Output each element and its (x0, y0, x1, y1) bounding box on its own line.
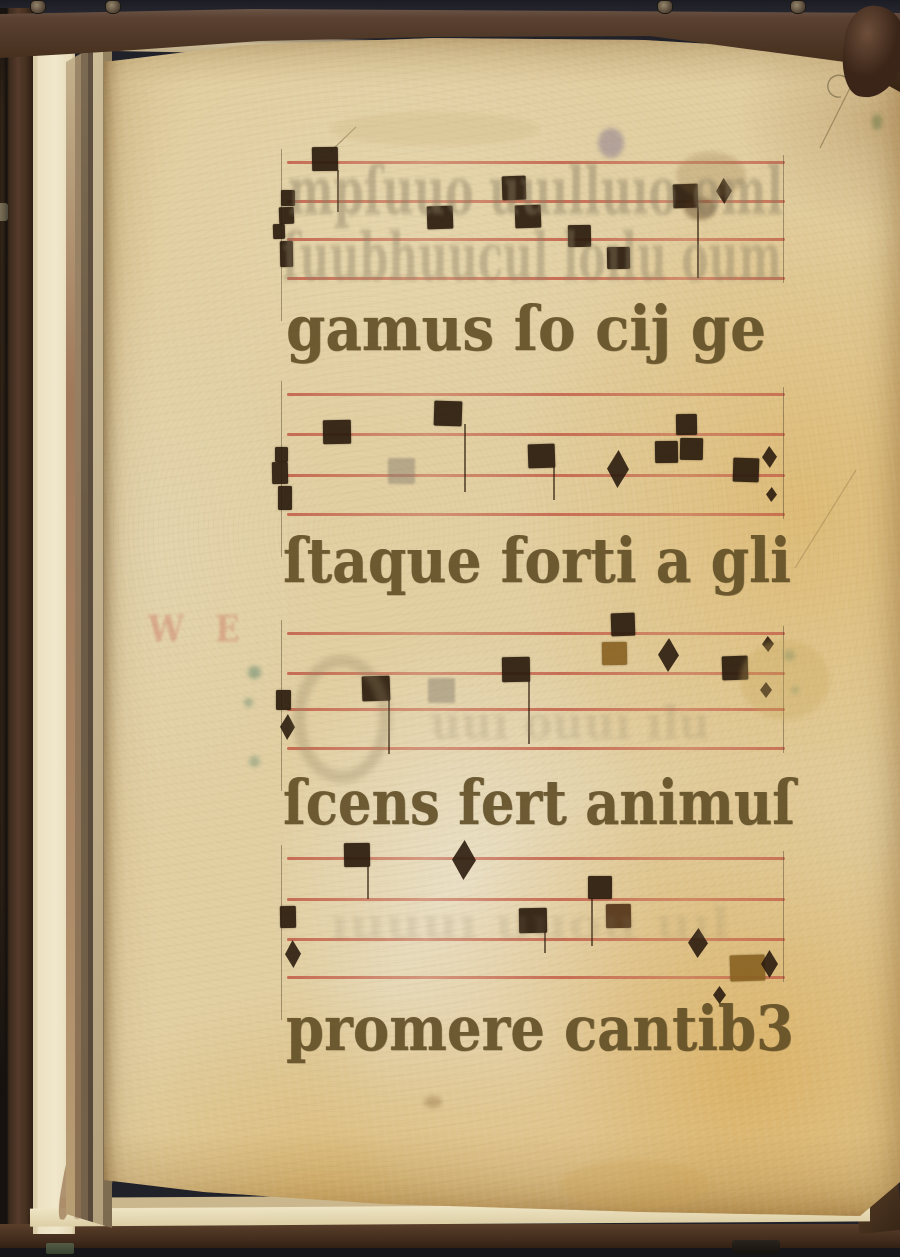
parchment-stain (424, 1096, 442, 1108)
neume-square (272, 462, 288, 484)
staff-line (287, 393, 785, 396)
neume-square (676, 414, 697, 435)
manuscript-photograph: mpſuuo uuılluıo oml ſuubhuucul loılu oum… (0, 0, 900, 1257)
show-through-initial (293, 655, 391, 783)
parchment-stain (244, 698, 253, 707)
neume-stem (464, 424, 466, 492)
neume-square (502, 657, 530, 682)
neume-square (280, 906, 296, 928)
lyric-line-2: ſtaque forti a gli (283, 530, 791, 592)
parchment-stain (330, 112, 540, 146)
parchment-stain (560, 1160, 710, 1210)
lyric-line-3: ſcens fert animuſ (283, 772, 795, 834)
parchment-stain (249, 756, 260, 767)
binding-nail (790, 0, 806, 14)
staff-right-rule (783, 851, 784, 982)
neume-square (344, 843, 370, 867)
faded-neume-square (388, 458, 415, 484)
red-ownership-stamp: W E (148, 607, 249, 651)
lyric-line-4: promere cantib3 (286, 998, 794, 1060)
staff-line (287, 433, 785, 436)
page-crease (0, 0, 4, 1095)
staff-left-rule (281, 845, 282, 1020)
parchment-stain (248, 666, 261, 679)
neume-stem (553, 467, 555, 500)
show-through-text-line: ſuubhuucul loılu oum (282, 224, 782, 290)
neume-square (611, 613, 636, 637)
neume-square (588, 876, 612, 899)
show-through-text-line: ıuuuı uuou uıl (330, 903, 730, 947)
binding-nail (30, 0, 46, 14)
neume-square (655, 441, 678, 463)
binding-nail (657, 0, 673, 14)
neume-square (323, 420, 351, 444)
neume-stem (367, 866, 369, 899)
staff-right-rule (783, 155, 784, 283)
staff-line (287, 632, 785, 635)
neume-square (275, 447, 288, 462)
page-content: mpſuuo uuılluıo oml ſuubhuucul loılu oum… (0, 0, 900, 1257)
staff-right-rule (783, 387, 784, 519)
lyric-line-1: gamus ſo cij ge (286, 298, 766, 360)
parchment-stain (740, 640, 830, 720)
staff-line (287, 474, 785, 477)
neume-square (730, 954, 766, 981)
binding-nail (105, 0, 121, 14)
neume-square (528, 444, 556, 469)
neume-square (733, 458, 760, 483)
neume-square (278, 486, 292, 510)
show-through-text-line: uuı ouuı ılu (430, 700, 710, 746)
show-through-text-line: mpſuuo uuılluıo oml (288, 158, 783, 224)
scratch-line (795, 470, 856, 568)
neume-square (680, 438, 703, 460)
staff-line (287, 513, 785, 516)
neume-square (434, 401, 463, 427)
neume-square (276, 690, 291, 710)
neume-square (602, 642, 627, 665)
staff-line (287, 976, 785, 979)
parchment-stain (872, 114, 882, 130)
